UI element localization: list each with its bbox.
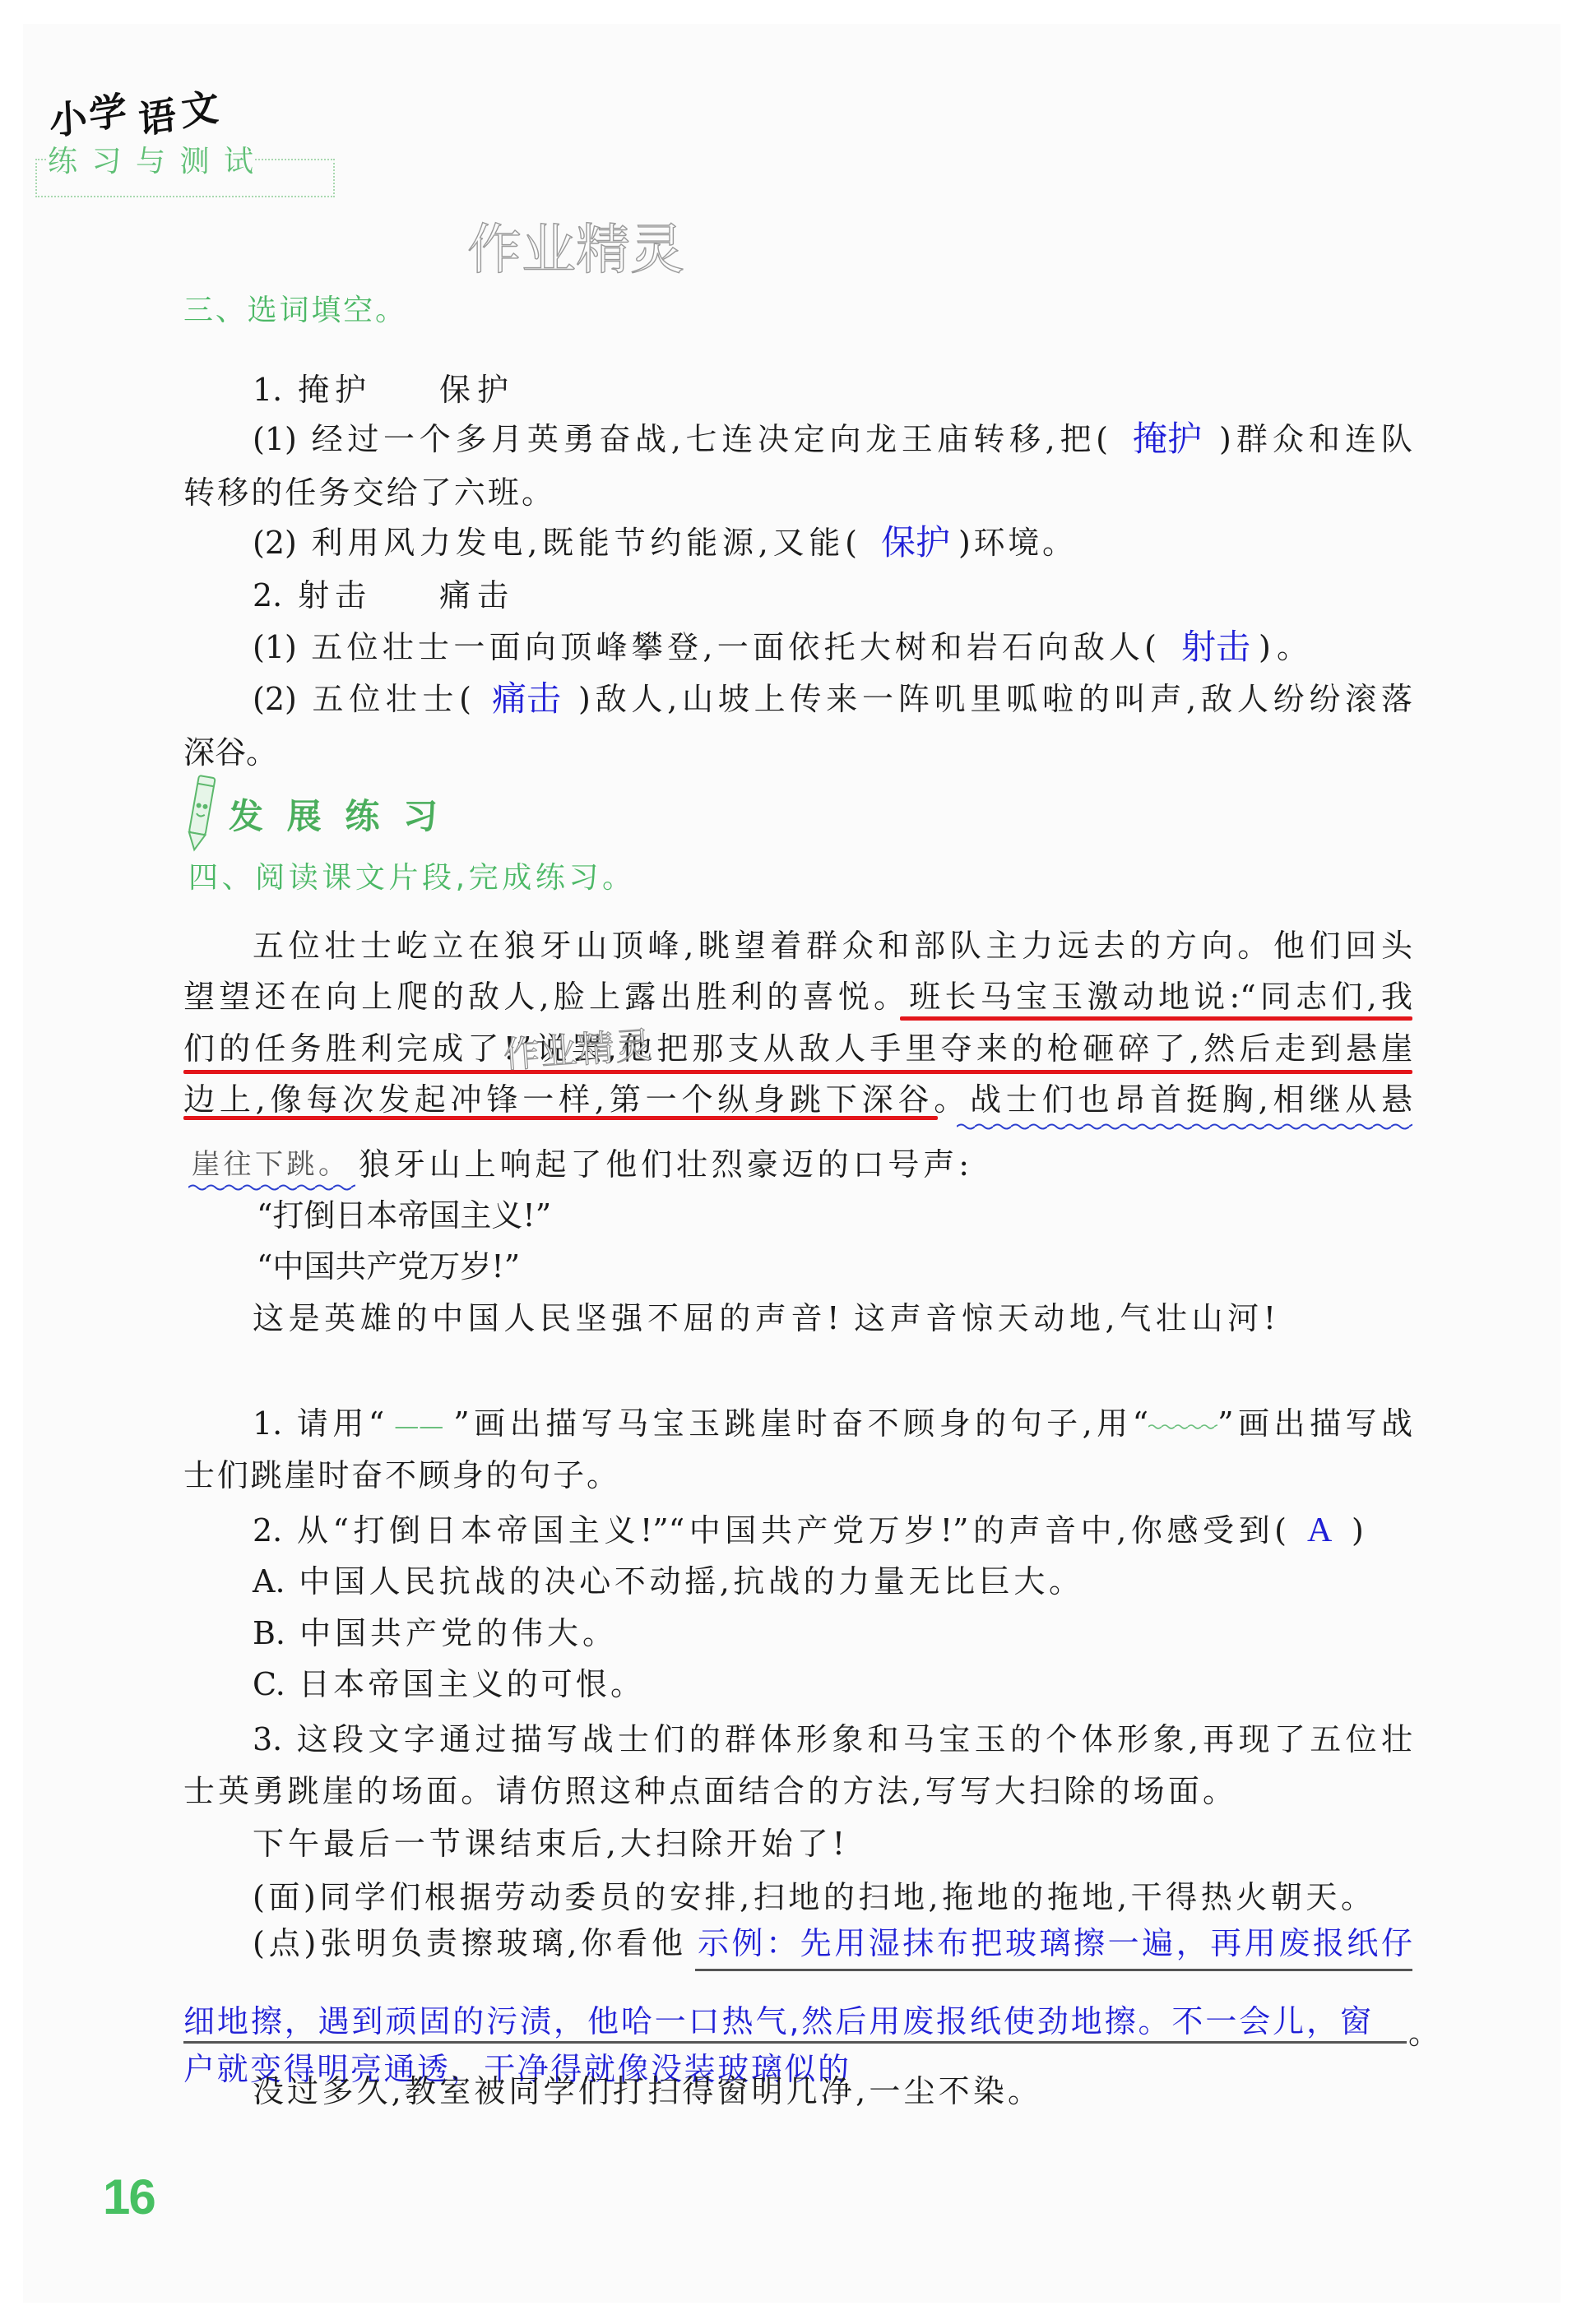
question-1-text: ”画出描写马宝玉跳崖时奋不顾身的句子,用“ xyxy=(453,1405,1148,1442)
q-1-1-suffix: )群众和连队 xyxy=(1219,419,1412,460)
wavy-line-mark-icon xyxy=(1148,1421,1217,1433)
question-3-line2: 士英勇跳崖的场面。请仿照这种点面结合的方法,写写大扫除的场面。 xyxy=(183,1771,1234,1812)
logo-char: 小 xyxy=(49,95,88,142)
passage-line: 五位壮士屹立在狼牙山顶峰,眺望着群众和部队主力远去的方向。他们回头 xyxy=(253,925,1412,966)
slogan-line: “中国共产党万岁!” xyxy=(257,1246,554,1287)
passage-line: 们的任务胜利完成了!”说罢,他把那支从敌人手里夺来的枪砸碎了,然后走到悬崖 xyxy=(183,1028,1412,1069)
option-a: A. 中国人民抗战的决心不动摇,抗战的力量无比巨大。 xyxy=(253,1561,1080,1602)
q-1-2-suffix: )环境。 xyxy=(958,522,1074,563)
written-answer-line: 示例：先用湿抹布把玻璃擦一遍，再用废报纸仔 xyxy=(698,1923,1412,1964)
word-pair-2-label: 2. 射击 xyxy=(253,575,366,616)
red-underline xyxy=(900,1016,1412,1021)
logo-char: 语 xyxy=(137,94,177,141)
question-1-text: 1. 请用“ xyxy=(253,1405,384,1442)
book-title: 练习与测试 xyxy=(48,145,253,179)
page-number: 16 xyxy=(103,2171,155,2224)
wavy-underline xyxy=(957,1122,1412,1132)
red-underline xyxy=(183,1116,938,1120)
q-1-1-answer: 掩护 xyxy=(1133,419,1202,460)
logo-char: 学 xyxy=(88,89,128,136)
question-3-line1: 3. 这段文字通过描写战士们的群体形象和马宝玉的个体形象,再现了五位壮 xyxy=(253,1719,1412,1760)
q-1-2-prefix: (2) 利用风力发电,既能节约能源,又能( xyxy=(253,522,857,563)
straight-line-mark: —— xyxy=(384,1406,453,1447)
question-2-close-paren: ) xyxy=(1352,1510,1368,1551)
word-pair-2-option2: 痛击 xyxy=(439,575,508,616)
passage-line: 边上,像每次发起冲锋一样,第一个纵身跳下深谷。战士们也昂首挺胸,相继从悬 xyxy=(183,1079,1412,1120)
section4-title: 四、阅读课文片段,完成练习。 xyxy=(188,858,632,899)
q-2-1-suffix: )。 xyxy=(1259,627,1308,668)
q-2-2-suffix: )敌人,山坡上传来一阵叽里呱啦的叫声,敌人纷纷滚落 xyxy=(578,678,1412,720)
q-2-1-answer: 射击 xyxy=(1181,627,1250,668)
passage-closing: 这是英雄的中国人民坚强不屈的声音! 这声音惊天动地,气壮山河! xyxy=(253,1298,1276,1339)
option-c: C. 日本帝国主义的可恨。 xyxy=(253,1664,642,1705)
answer-underline xyxy=(695,1969,1412,1971)
question-1-line2: 士们跳崖时奋不顾身的句子。 xyxy=(183,1455,618,1496)
word-pair-1-option2: 保护 xyxy=(439,369,508,410)
question-3-dian-prefix: (点)张明负责擦玻璃,你看他 xyxy=(253,1923,683,1964)
answer-end-period: 。 xyxy=(1408,2012,1433,2053)
question-1-line1: 1. 请用“——”画出描写马宝玉跳崖时奋不顾身的句子,用“”画出描写战 xyxy=(253,1403,1412,1444)
q-2-2-continuation: 深谷。 xyxy=(183,732,268,773)
word-pair-1-label: 1. 掩护 xyxy=(253,369,366,410)
wavy-underline xyxy=(188,1183,355,1192)
development-heading: 发展练习 xyxy=(229,796,438,837)
q-2-2-prefix: (2) 五位壮士( xyxy=(253,678,471,720)
passage-line: 望望还在向上爬的敌人,脸上露出胜利的喜悦。班长马宝玉激动地说:“同志们,我 xyxy=(183,976,1412,1017)
answer-underline xyxy=(183,2041,1407,2044)
passage-line: 狼牙山上响起了他们壮烈豪迈的口号声: xyxy=(359,1144,969,1185)
question-2-prompt: 2. 从“打倒日本帝国主义!”“中国共产党万岁!”的声音中,你感受到( xyxy=(253,1510,1287,1551)
question-3-mian: (面)同学们根据劳动委员的安排,扫地的扫地,拖地的拖地,干得热火朝天。 xyxy=(253,1877,1372,1918)
pencil-icon xyxy=(183,773,219,854)
q-1-1-prefix: (1) 经过一个多月英勇奋战,七连决定向龙王庙转移,把( xyxy=(253,419,1108,460)
written-answer-line: 细地擦，遇到顽固的污渍，他哈一口热气,然后用废报纸使劲地擦。不一会儿，窗 xyxy=(183,2001,1371,2042)
option-b: B. 中国共产党的伟大。 xyxy=(253,1613,614,1654)
question-3-conclusion: 没过多久,教室被同学们打扫得窗明几净,一尘不染。 xyxy=(253,2071,1039,2112)
question-3-intro: 下午最后一节课结束后,大扫除开始了! xyxy=(253,1823,845,1864)
q-1-2-answer: 保护 xyxy=(881,522,950,563)
logo-char: 文 xyxy=(180,86,220,132)
question-1-text: ”画出描写战 xyxy=(1217,1405,1412,1442)
q-2-1-prefix: (1) 五位壮士一面向顶峰攀登,一面依托大树和岩石向敌人( xyxy=(253,627,1157,668)
q-2-2-answer: 痛击 xyxy=(492,678,561,720)
watermark: 作业精灵 xyxy=(467,220,684,280)
q-1-1-continuation: 转移的任务交给了六班。 xyxy=(183,472,553,513)
section3-title: 三、选词填空。 xyxy=(183,290,405,331)
question-2-answer: A xyxy=(1307,1510,1332,1551)
red-underline xyxy=(183,1070,1412,1074)
slogan-line: “打倒日本帝国主义!” xyxy=(257,1195,591,1236)
passage-marked-text: 崖往下跳。 xyxy=(192,1144,346,1185)
